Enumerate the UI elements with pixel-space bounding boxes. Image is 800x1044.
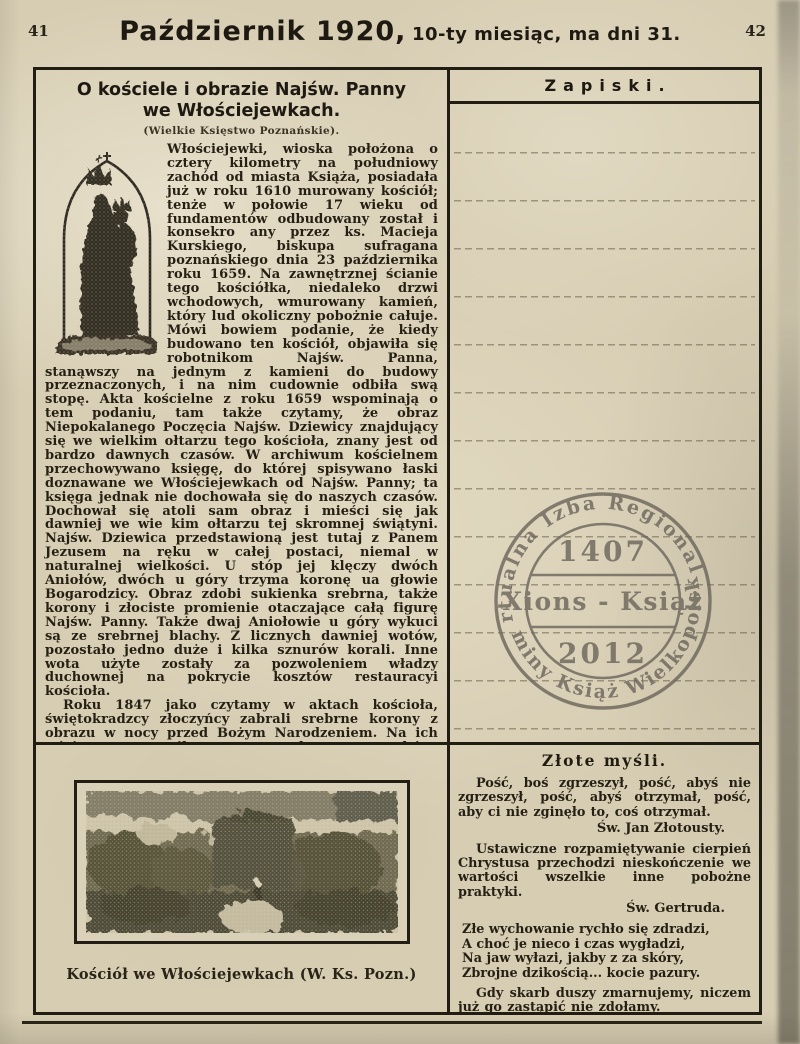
golden-quote-1: Pość, boś zgrzeszył, pość, abyś nie zgrz… [458,777,751,820]
photo-section: Kościół we Włościejewkach (W. Ks. Pozn.) [36,745,447,1012]
page-number-right: 42 [745,22,766,40]
poem-line: Na jaw wyłazi, jakby z za skóry, [462,952,751,967]
left-column: O kościele i obrazie Najśw. Panny we Wło… [36,70,450,1012]
golden-thoughts-section: Złote myśli. Pość, boś zgrzeszył, pość, … [450,745,759,1012]
stamp-band-text: Xions - Książ [503,587,704,616]
poem-line: A choć je nieco i czas wygładzi, [462,938,751,953]
golden-poem: Złe wychowanie rychło się zdradzi, A cho… [462,923,751,981]
poem-line: Zbrojne dzikością... kocie pazury. [462,967,751,982]
month-heading: Październik 1920, 10-ty miesiąc, ma dni … [0,16,800,47]
article-title-line1: O kościele i obrazie Najśw. Panny [45,80,438,101]
page-header: 41 Październik 1920, 10-ty miesiąc, ma d… [0,16,800,56]
article-title-line2: we Włościejewkach. [45,101,438,122]
zapiski-section: Zapiski. 1 [450,70,759,745]
almanac-page: 41 Październik 1920, 10-ty miesiąc, ma d… [0,0,800,1044]
article-section: O kościele i obrazie Najśw. Panny we Wło… [36,70,447,745]
golden-quote-3: Gdy skarb duszy zmarnujemy, niczem już g… [458,987,751,1016]
poem-line: Złe wychowanie rychło się zdradzi, [462,923,751,938]
church-photo-frame [74,780,410,944]
church-engraving-image [86,791,398,933]
bottom-double-rule [22,1021,762,1024]
article-body: Włościejewki, wioska położona o cztery k… [45,143,438,745]
svg-text:Gminy Książ Wielkopolski: Gminy Książ Wielkopolski [500,558,715,713]
golden-thoughts-title: Złote myśli. [458,751,751,770]
content-frame: O kościele i obrazie Najśw. Panny we Wło… [33,67,762,1015]
regional-chamber-stamp: 1407 Xions - Książ 2012 Wirtualna Izba R… [491,489,715,713]
madonna-woodcut-image [55,147,159,357]
stamp-year-top: 1407 [558,535,648,568]
article-title: O kościele i obrazie Najśw. Panny we Wło… [45,80,438,122]
zapiski-header: Zapiski. [450,70,759,104]
article-subtitle: (Wielkie Księstwo Poznańskie). [45,125,438,137]
article-paragraph-2: Roku 1847 jako czytamy w aktach kościoła… [45,699,438,745]
stamp-bottom-arc-text: Gminy Książ Wielkopolski [500,558,715,713]
right-column: Zapiski. 1 [450,70,759,1012]
golden-attribution-2: Św. Gertruda. [458,901,751,916]
church-photo-caption: Kościół we Włościejewkach (W. Ks. Pozn.) [36,966,447,983]
stamp-year-bottom: 2012 [558,637,648,670]
month-subtitle: 10-ty miesiąc, ma dni 31. [412,24,681,45]
month-title: Październik 1920, [119,16,406,47]
golden-attribution-1: Św. Jan Złotousty. [458,821,751,836]
zapiski-title: Zapiski. [537,76,671,95]
golden-quote-2: Ustawiczne rozpamiętywanie cierpień Chry… [458,843,751,900]
